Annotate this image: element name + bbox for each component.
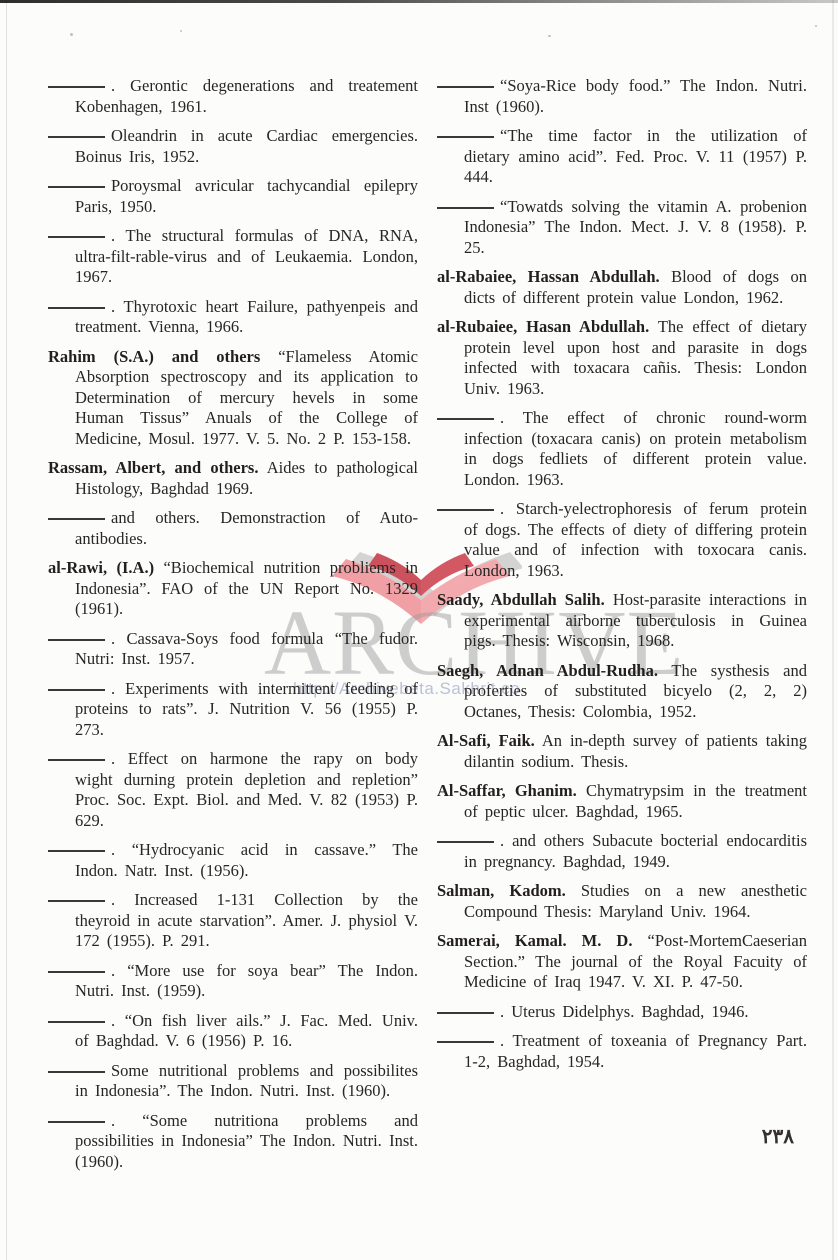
ditto-rule: [48, 759, 105, 761]
bibliography-entry: . Uterus Didelphys. Baghdad, 1946.: [437, 1002, 807, 1023]
entry-text: . Starch-yelectrophoresis of ferum prote…: [464, 499, 807, 580]
entry-text: . “Hydrocyanic acid in cassave.” The Ind…: [75, 840, 418, 880]
bibliography-entry: . “More use for soya bear” The Indon. Nu…: [48, 961, 418, 1002]
entry-text: . Cassava-Soys food formula “The fudor. …: [75, 629, 418, 669]
scan-left-edge: [6, 0, 7, 1260]
ditto-rule: [437, 1012, 494, 1014]
entry-text: . “Some nutritiona problems and possibil…: [75, 1111, 418, 1171]
bibliography-entry: Some nutritional problems and possibilit…: [48, 1061, 418, 1102]
entry-text: Oleandrin in acute Cardiac emergencies. …: [75, 126, 418, 166]
entry-author: Saady, Abdullah Salih.: [437, 590, 605, 609]
scan-speck: [548, 35, 551, 37]
ditto-rule: [48, 136, 105, 138]
bibliography-entry: Rahim (S.A.) and others “Flameless Atomi…: [48, 347, 418, 450]
entry-author: Saegh, Adnan Abdul-Rudha.: [437, 661, 658, 680]
entry-text: . Gerontic degenerations and treatement …: [75, 76, 418, 116]
entry-text: . “More use for soya bear” The Indon. Nu…: [75, 961, 418, 1001]
entry-author: Al-Safi, Faik.: [437, 731, 535, 750]
entry-text: . Effect on harmone the rapy on body wig…: [75, 749, 418, 830]
ditto-rule: [437, 207, 494, 209]
bibliography-entry: Salman, Kadom. Studies on a new anesthet…: [437, 881, 807, 922]
scanned-bibliography-page: { "page": { "number": "٢٣٨" }, "watermar…: [0, 0, 838, 1260]
bibliography-entry: . and others Subacute bocterial endocard…: [437, 831, 807, 872]
bibliography-entry: . The structural formulas of DNA, RNA, u…: [48, 226, 418, 288]
ditto-rule: [48, 689, 105, 691]
entry-text: “Towatds solving the vitamin A. probenio…: [464, 197, 807, 257]
bibliography-entry: Al-Safi, Faik. An in-depth survey of pat…: [437, 731, 807, 772]
bibliography-entry: . The effect of chronic round-worm infec…: [437, 408, 807, 490]
bibliography-entry: . Thyrotoxic heart Failure, pathyenpeis …: [48, 297, 418, 338]
ditto-rule: [437, 509, 494, 511]
right-column: “Soya-Rice body food.” The Indon. Nutri.…: [437, 76, 807, 1181]
bibliography-entry: al-Rubaiee, Hasan Abdullah. The effect o…: [437, 317, 807, 399]
ditto-rule: [48, 236, 105, 238]
entry-author: Samerai, Kamal. M. D.: [437, 931, 632, 950]
bibliography-entry: . “Hydrocyanic acid in cassave.” The Ind…: [48, 840, 418, 881]
ditto-rule: [48, 850, 105, 852]
page-number: ٢٣٨: [762, 1124, 794, 1149]
ditto-rule: [48, 900, 105, 902]
bibliography-entry: and others. Demonstraction of Auto-antib…: [48, 508, 418, 549]
bibliography-entry: “The time factor in the utilization of d…: [437, 126, 807, 188]
bibliography-entry: Saegh, Adnan Abdul-Rudha. The systhesis …: [437, 661, 807, 723]
entry-author: al-Rubaiee, Hasan Abdullah.: [437, 317, 649, 336]
bibliography-entry: Saady, Abdullah Salih. Host-parasite int…: [437, 590, 807, 652]
bibliography-entry: . Increased 1-131 Collection by the they…: [48, 890, 418, 952]
bibliography-entry: . Treatment of toxeania of Pregnancy Par…: [437, 1031, 807, 1072]
bibliography-columns: . Gerontic degenerations and treatement …: [48, 76, 808, 1181]
scan-speck: [180, 30, 182, 32]
ditto-rule: [437, 418, 494, 420]
scan-top-edge: [0, 0, 838, 3]
entry-text: “Soya-Rice body food.” The Indon. Nutri.…: [464, 76, 807, 116]
ditto-rule: [48, 186, 105, 188]
entry-text: . Thyrotoxic heart Failure, pathyenpeis …: [75, 297, 418, 337]
entry-text: . The structural formulas of DNA, RNA, u…: [75, 226, 418, 286]
entry-text: . Uterus Didelphys. Baghdad, 1946.: [500, 1002, 748, 1021]
entry-text: and others. Demonstraction of Auto-antib…: [75, 508, 418, 548]
ditto-rule: [48, 971, 105, 973]
bibliography-entry: al-Rawi, (I.A.) “Biochemical nutrition p…: [48, 558, 418, 620]
ditto-rule: [48, 1121, 105, 1123]
bibliography-entry: Oleandrin in acute Cardiac emergencies. …: [48, 126, 418, 167]
scan-speck: [70, 33, 73, 36]
bibliography-entry: Al-Saffar, Ghanim. Chymatrypsim in the t…: [437, 781, 807, 822]
entry-text: . Increased 1-131 Collection by the they…: [75, 890, 418, 950]
bibliography-entry: . Cassava-Soys food formula “The fudor. …: [48, 629, 418, 670]
scan-right-edge: [832, 0, 834, 1260]
entry-author: Rahim (S.A.) and others: [48, 347, 260, 366]
entry-author: Salman, Kadom.: [437, 881, 566, 900]
ditto-rule: [437, 841, 494, 843]
entry-text: . Experiments with intermittent feeding …: [75, 679, 418, 739]
bibliography-entry: “Soya-Rice body food.” The Indon. Nutri.…: [437, 76, 807, 117]
entry-text: “The time factor in the utilization of d…: [464, 126, 807, 186]
bibliography-entry: Rassam, Albert, and others. Aides to pat…: [48, 458, 418, 499]
entry-text: . Treatment of toxeania of Pregnancy Par…: [464, 1031, 807, 1071]
entry-author: Al-Saffar, Ghanim.: [437, 781, 577, 800]
bibliography-entry: . Experiments with intermittent feeding …: [48, 679, 418, 741]
ditto-rule: [48, 518, 105, 520]
ditto-rule: [48, 1071, 105, 1073]
bibliography-entry: “Towatds solving the vitamin A. probenio…: [437, 197, 807, 259]
bibliography-entry: . Effect on harmone the rapy on body wig…: [48, 749, 418, 831]
entry-author: al-Rabaiee, Hassan Abdullah.: [437, 267, 660, 286]
entry-author: al-Rawi, (I.A.): [48, 558, 154, 577]
ditto-rule: [437, 1041, 494, 1043]
ditto-rule: [48, 639, 105, 641]
entry-text: . and others Subacute bocterial endocard…: [464, 831, 807, 871]
ditto-rule: [48, 1021, 105, 1023]
bibliography-entry: . “Some nutritiona problems and possibil…: [48, 1111, 418, 1173]
scan-speck: [815, 25, 817, 27]
entry-author: Rassam, Albert, and others.: [48, 458, 258, 477]
bibliography-entry: . “On fish liver ails.” J. Fac. Med. Uni…: [48, 1011, 418, 1052]
entry-text: Poroysmal avricular tachycandial epilepr…: [75, 176, 418, 216]
ditto-rule: [48, 86, 105, 88]
ditto-rule: [48, 307, 105, 309]
bibliography-entry: . Starch-yelectrophoresis of ferum prote…: [437, 499, 807, 581]
bibliography-entry: Samerai, Kamal. M. D. “Post-MortemCaeser…: [437, 931, 807, 993]
entry-text: Some nutritional problems and possibilit…: [75, 1061, 418, 1101]
bibliography-entry: . Gerontic degenerations and treatement …: [48, 76, 418, 117]
entry-text: . “On fish liver ails.” J. Fac. Med. Uni…: [75, 1011, 418, 1051]
ditto-rule: [437, 86, 494, 88]
bibliography-entry: Poroysmal avricular tachycandial epilepr…: [48, 176, 418, 217]
entry-text: . The effect of chronic round-worm infec…: [464, 408, 807, 489]
left-column: . Gerontic degenerations and treatement …: [48, 76, 418, 1181]
bibliography-entry: al-Rabaiee, Hassan Abdullah. Blood of do…: [437, 267, 807, 308]
ditto-rule: [437, 136, 494, 138]
